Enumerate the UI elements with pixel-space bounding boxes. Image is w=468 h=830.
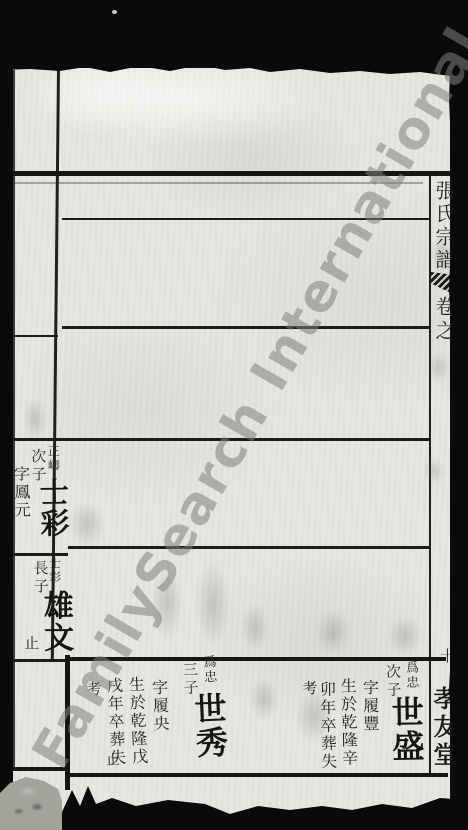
entry-detail-column: 卯年卒葬失 <box>318 681 336 771</box>
bleedthrough-smudge <box>242 604 268 650</box>
bleedthrough-smudge <box>388 616 422 656</box>
scanned-genealogy-page: { "document": { "watermark": "FamilySear… <box>0 0 468 830</box>
rule-line-row4-main <box>68 546 430 549</box>
margin-stain-dot <box>424 458 444 484</box>
entry-name: 士彩 <box>38 477 68 539</box>
scan-dust-speck <box>112 10 117 14</box>
entry-detail-column: 生於乾隆辛 <box>339 677 357 767</box>
scan-border-top <box>0 0 468 78</box>
bleedthrough-smudge <box>250 678 278 720</box>
entry-name: 雄文 <box>40 590 71 654</box>
entry-rank-label: 次子 <box>385 664 401 700</box>
entry-name: 世盛 <box>389 695 422 764</box>
bleedthrough-smudge <box>24 398 46 440</box>
rule-line-row2-leftcol <box>13 335 58 337</box>
entry-end-marker: 止 <box>104 752 119 767</box>
genealogy-entry-shicai: 正嶹 次子 士彩 字鳳元 <box>12 439 84 560</box>
genealogy-entry-shisheng: 爲忠 次子 世盛 字履豐 生於乾隆辛 卯年卒葬失 考 <box>294 654 456 797</box>
entry-detail-column: 字履央 <box>150 679 168 734</box>
entry-end-marker: 止 <box>23 635 38 650</box>
bleedthrough-smudge <box>196 562 230 646</box>
scan-border-left <box>0 0 13 830</box>
entry-parent-label: 正嶹 <box>47 445 59 473</box>
entry-parent-label: 爲忠 <box>404 660 418 690</box>
margin-stain-dot <box>428 352 450 382</box>
entry-name: 世秀 <box>192 691 227 760</box>
entry-detail-column: 字履豐 <box>361 679 378 733</box>
entry-kao-label: 考 <box>301 680 316 695</box>
bleedthrough-smudge <box>316 610 350 654</box>
entry-detail-column: 生於乾隆戊 <box>127 676 147 767</box>
entry-parent-label: 士彩 <box>48 557 60 585</box>
entry-detail-column: 字鳳元 <box>12 465 29 519</box>
rule-line-row2-main <box>62 326 430 329</box>
entry-parent-label: 爲忠 <box>201 655 215 686</box>
